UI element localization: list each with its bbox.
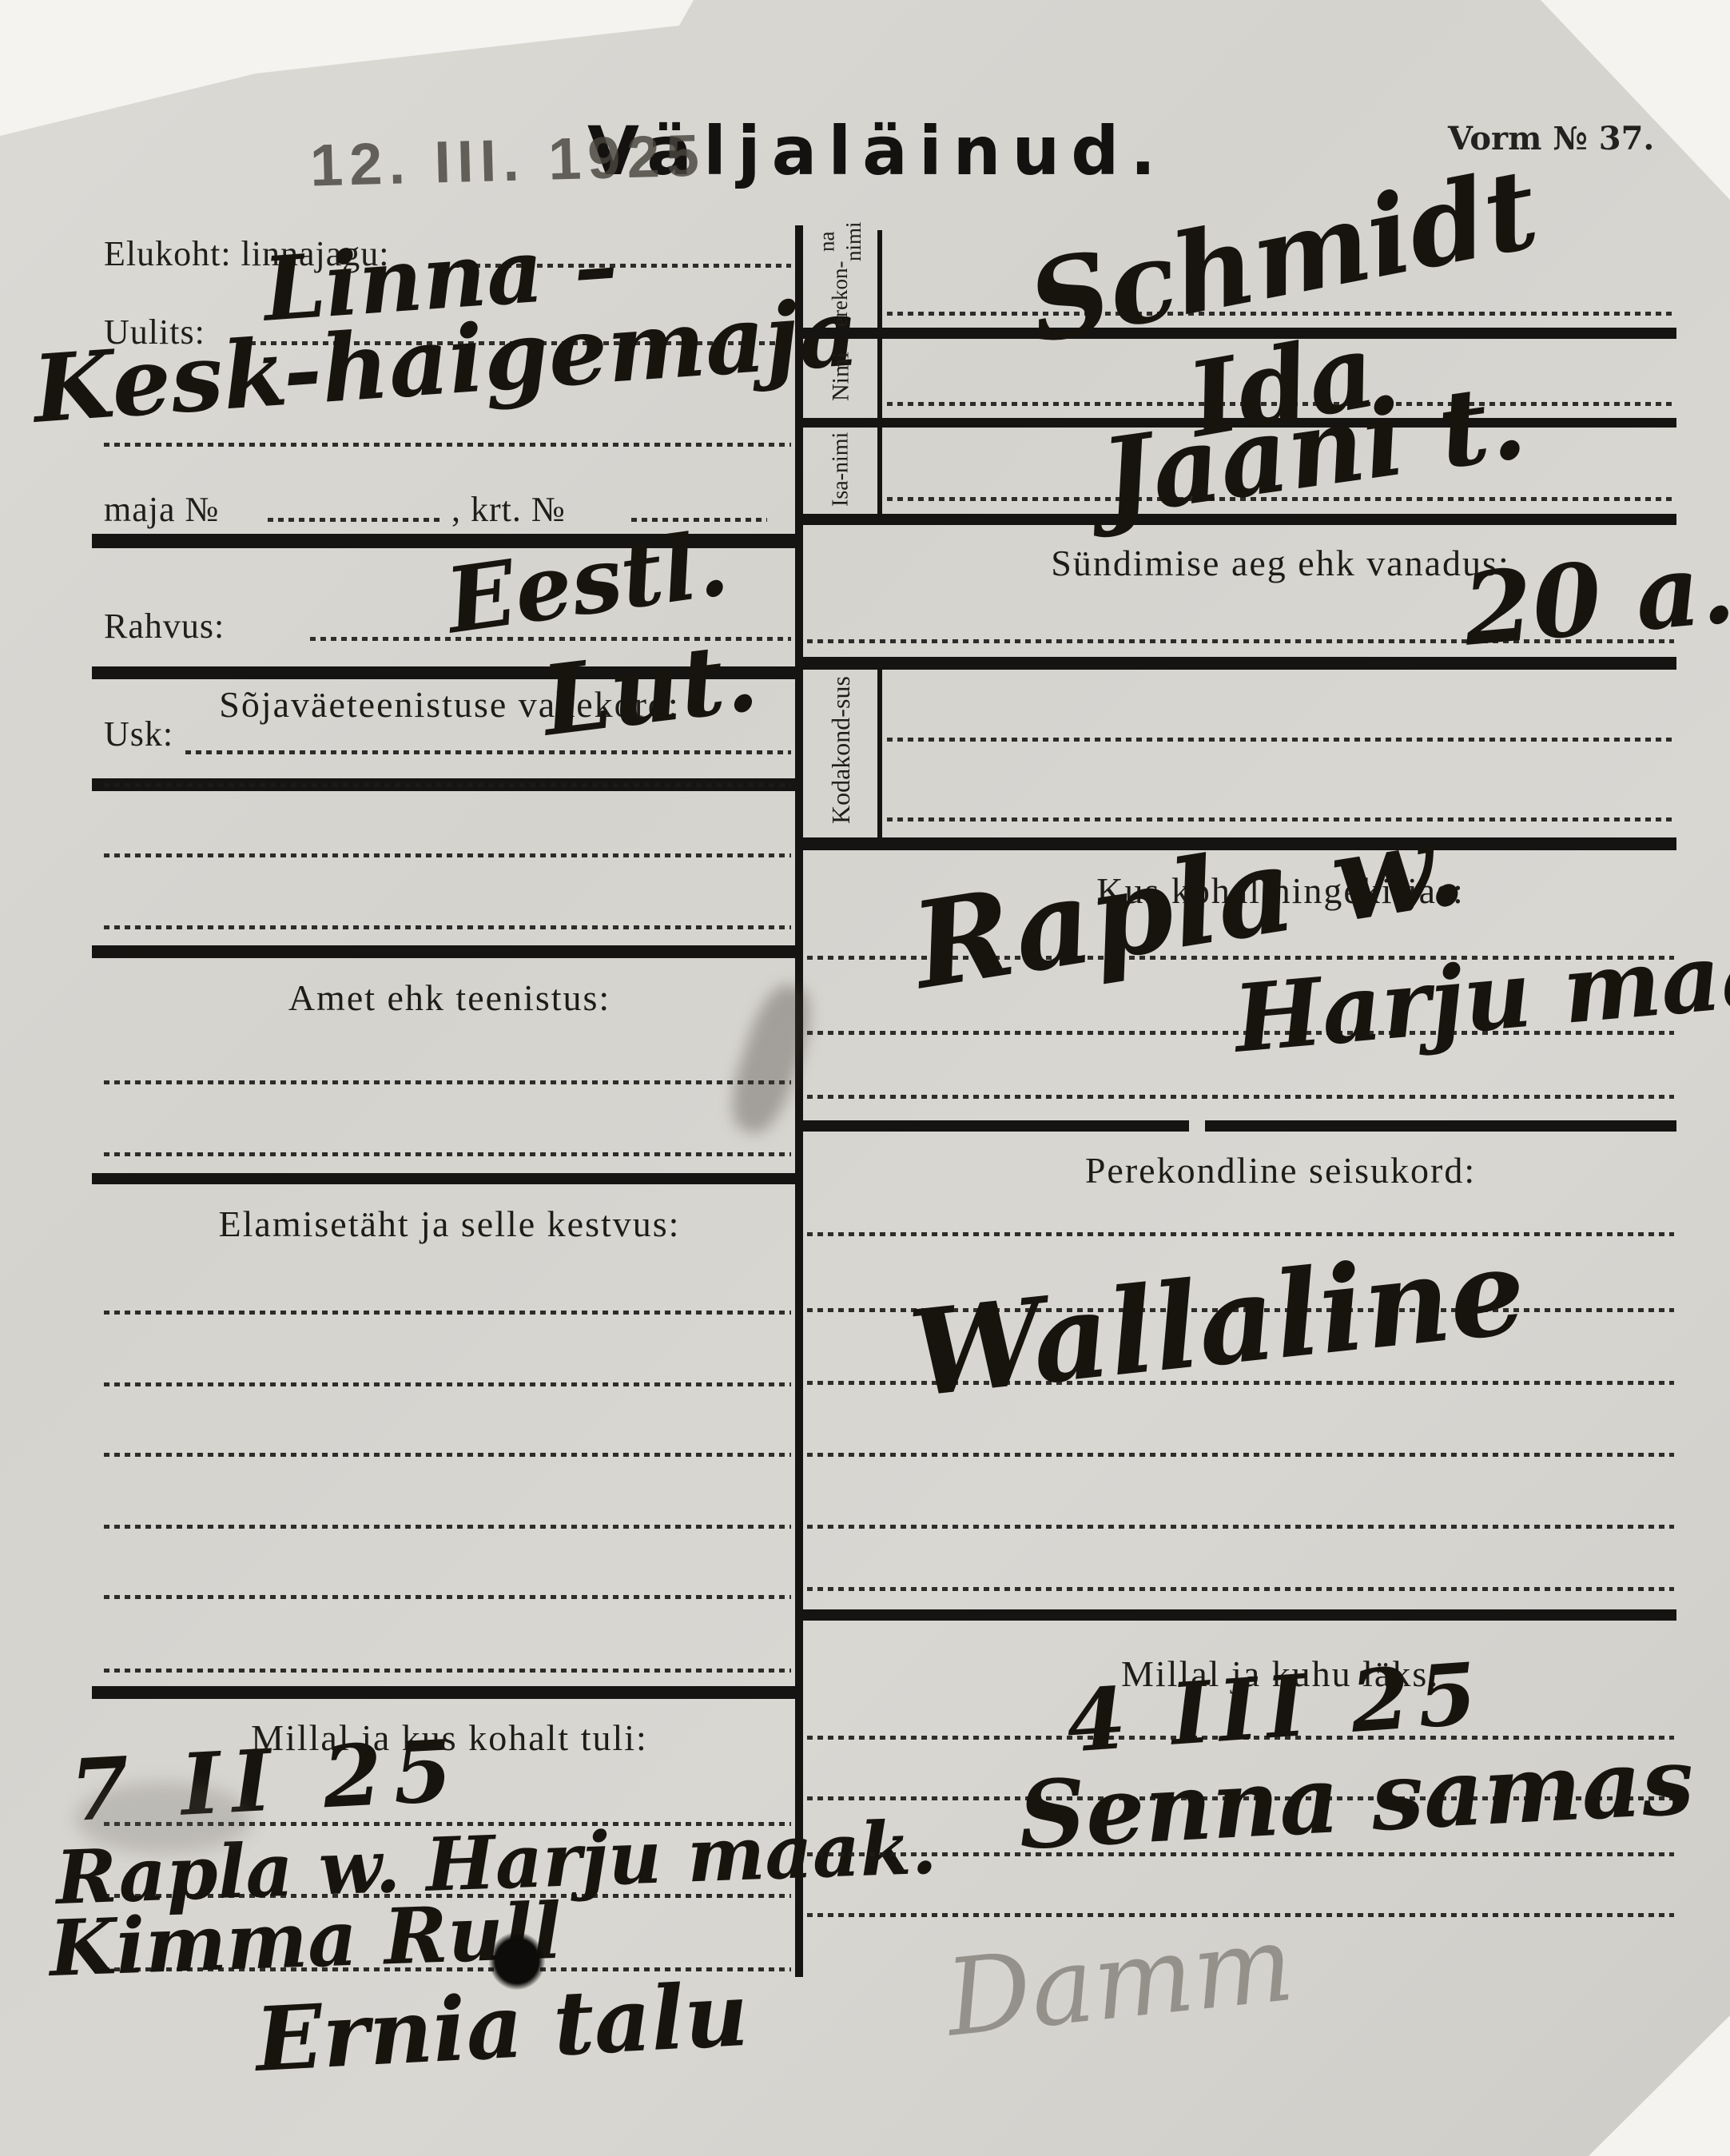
dotted-line xyxy=(104,853,791,857)
dotted-line xyxy=(268,518,443,522)
date-stamp: 12. III. 1925 xyxy=(309,121,706,200)
dotted-line xyxy=(807,1525,1674,1529)
rule-bar xyxy=(92,945,803,958)
section-label-amet: Amet ehk teenistus: xyxy=(104,977,795,1019)
rotated-label-kodakondsus: Kodakond- sus xyxy=(803,662,878,839)
field-label-maja: maja № xyxy=(104,489,220,530)
dotted-line xyxy=(104,1152,791,1156)
rotated-label-isanimi: Isa- nimi xyxy=(803,424,878,515)
field-label-rahvus: Rahvus: xyxy=(104,606,225,646)
rule-bar xyxy=(801,1120,1189,1132)
dotted-line xyxy=(104,1525,791,1529)
rule-bar xyxy=(801,1609,1676,1621)
rotated-label-perekonnanimi: Perekon- na nimi xyxy=(803,232,878,329)
column-divider xyxy=(795,225,803,1977)
rule-bar xyxy=(92,1686,803,1699)
handwriting-sundimine: 20 a. xyxy=(1459,530,1730,669)
rule-bar xyxy=(92,1173,803,1184)
ink-blot xyxy=(489,1932,545,1990)
field-label-krt: , krt. № xyxy=(451,489,566,530)
section-label-seisukord: Perekondline seisukord: xyxy=(887,1149,1674,1191)
dotted-line xyxy=(887,738,1674,742)
dotted-line xyxy=(104,1595,791,1599)
dotted-line xyxy=(807,1232,1674,1236)
dotted-line xyxy=(104,1311,791,1315)
rule-bar xyxy=(1205,1120,1676,1132)
rotated-label-line: sus xyxy=(825,677,857,710)
dotted-line xyxy=(807,1453,1674,1457)
dotted-line xyxy=(104,1453,791,1457)
rotated-label-line: Kodakond- xyxy=(825,709,857,824)
pencil-smudge xyxy=(76,1782,252,1854)
rotated-label-line: Isa- xyxy=(827,473,855,507)
dotted-line xyxy=(104,925,791,929)
rotated-label-nimi: Nimi xyxy=(803,334,878,419)
dotted-line xyxy=(807,1587,1674,1591)
dotted-line xyxy=(104,783,791,787)
dotted-line xyxy=(104,443,791,447)
dotted-line xyxy=(104,1080,791,1084)
scanned-form-page: Väljaläinud. 12. III. 1925 Vorm № 37. El… xyxy=(0,0,1730,2156)
rotated-label-line: Nimi xyxy=(825,352,856,401)
dotted-line xyxy=(104,1382,791,1386)
rotated-label-line: na nimi xyxy=(813,222,868,262)
dotted-line xyxy=(185,750,791,754)
rotated-label-line: nimi xyxy=(827,432,855,472)
dotted-line xyxy=(104,1669,791,1673)
dotted-line xyxy=(807,1095,1674,1099)
section-label-elamisetaht: Elamisetäht ja selle kestvus: xyxy=(104,1203,795,1245)
